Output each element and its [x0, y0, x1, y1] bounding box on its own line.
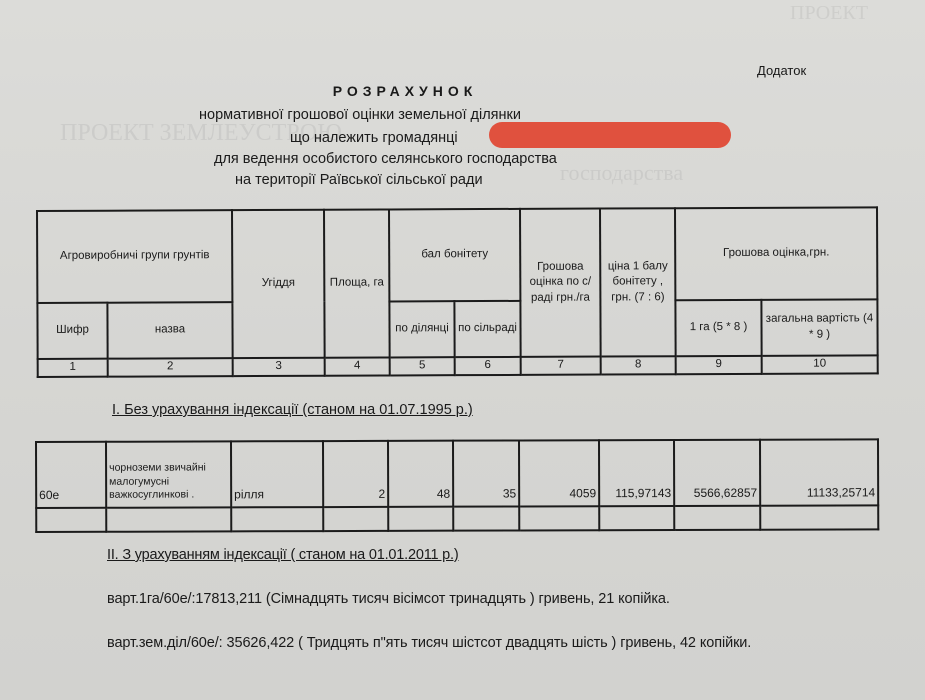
header-area: Площа, га [324, 209, 390, 357]
empty-cell [519, 506, 599, 530]
bleed-through-text: господарства [560, 160, 683, 186]
column-number: 4 [325, 357, 390, 375]
cell-total: 11133,25714 [760, 439, 878, 505]
column-number: 7 [521, 357, 601, 375]
empty-cell [106, 507, 231, 531]
header-price-point: ціна 1 балу бонітету , грн. (7 : 6) [600, 208, 676, 356]
cell-soil-name: чорноземи звичайні малогумусні важкосугл… [106, 441, 231, 507]
empty-cell [231, 507, 323, 531]
column-number: 1 [38, 359, 108, 377]
header-agro-groups: Агровиробничі групи грунтів [37, 210, 232, 303]
empty-cell [388, 507, 453, 531]
column-number: 8 [601, 356, 676, 374]
header-name: назва [107, 302, 232, 359]
table-row: 60е чорноземи звичайні малогумусні важко… [36, 439, 878, 508]
cell-area: 2 [323, 441, 388, 507]
empty-cell [323, 507, 388, 531]
document-title: РОЗРАХУНОК [0, 83, 810, 99]
header-monetary-value: Грошова оцінка,грн. [675, 207, 877, 300]
subtitle-line-1: нормативної грошової оцінки земельної ді… [199, 107, 521, 123]
empty-cell [36, 508, 106, 532]
value-per-ha-line: варт.1га/60е/:17813,211 (Сімнадцять тися… [107, 591, 670, 607]
empty-cell [453, 506, 519, 530]
header-land-type: Угіддя [232, 210, 325, 358]
cell-code: 60е [36, 442, 106, 508]
cell-monetary-council: 4059 [519, 440, 599, 506]
cell-per-ha: 5566,62857 [674, 440, 760, 506]
subtitle-line-4: на території Раївської сільської ради [235, 172, 483, 188]
value-total-line: варт.зем.діл/60е/: 35626,422 ( Тридцять … [107, 635, 751, 651]
column-number: 3 [233, 358, 325, 376]
column-number: 10 [762, 355, 878, 374]
cell-bonitet-plot: 48 [388, 441, 453, 507]
empty-cell [760, 505, 878, 529]
header-table: Агровиробничі групи грунтів Угіддя Площа… [36, 206, 879, 378]
header-code: Шифр [37, 303, 107, 359]
data-table: 60е чорноземи звичайні малогумусні важко… [35, 438, 879, 533]
table-row-empty [36, 505, 878, 532]
subtitle-line-2: що належить громадянці [290, 130, 458, 146]
column-number: 9 [676, 356, 762, 374]
subtitle-line-3: для ведення особистого селянського госпо… [214, 151, 557, 167]
bleed-through-text: ПРОЕКТ [790, 2, 868, 25]
header-per-ha: 1 га (5 * 8 ) [675, 300, 761, 356]
cell-bonitet-council: 35 [453, 440, 519, 506]
header-total: загальна вартість (4 * 9 ) [761, 299, 877, 356]
empty-cell [674, 506, 760, 530]
header-bonitet-plot: по ділянці [389, 301, 454, 357]
header-bonitet-council: по сільраді [454, 301, 520, 357]
section-2-heading: ІІ. З урахуванням індексації ( станом на… [107, 547, 459, 563]
column-number: 6 [455, 357, 521, 375]
cell-price-point: 115,97143 [599, 440, 674, 506]
column-number: 2 [108, 358, 233, 377]
header-monetary-council: Грошова оцінка по с/раді грн./га [520, 209, 601, 357]
column-number: 5 [390, 357, 455, 375]
addendum-label: Додаток [757, 63, 806, 78]
cell-land-type: рілля [231, 441, 323, 507]
empty-cell [599, 506, 674, 530]
section-1-heading: І. Без урахування індексації (станом на … [112, 402, 473, 418]
header-bonitet: бал бонітету [389, 209, 520, 302]
document-page: ПРОЕКТ ПРОЕКТ ЗЕМЛЕУСТРОЮ господарства Д… [0, 0, 925, 700]
owner-name-redaction [489, 122, 731, 148]
